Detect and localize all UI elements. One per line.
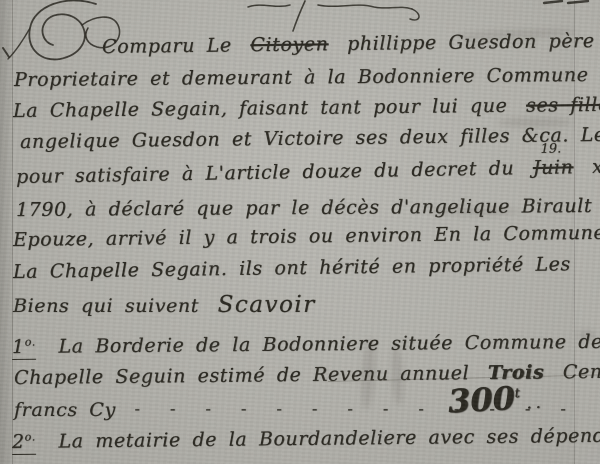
manuscript-line: Epouze, arrivé il y a trois ou environ E…	[13, 221, 600, 251]
amount-unit-mark: t	[514, 386, 520, 401]
item-ordinal-2: 2o.	[12, 431, 36, 455]
top-edge-ink-fragment	[318, 5, 412, 9]
line-text: Cent	[563, 361, 600, 384]
line-text: Comparu Le	[102, 34, 232, 58]
amount-label: francs Cy	[14, 399, 116, 421]
manuscript-line: La Chapelle Segain, faisant tant pour lu…	[13, 94, 600, 122]
top-edge-ink-fragment	[248, 5, 290, 7]
amount-value-300: 300t..	[447, 378, 545, 421]
item-ordinal-1: 1o.	[12, 336, 36, 360]
manuscript-page: Comparu Le Citoyen phillippe Guesdon pèr…	[0, 0, 600, 464]
opening-paraph-flourish	[29, 0, 96, 59]
line-text: La metairie de la Bourdandeliere avec se…	[58, 425, 600, 453]
line-text: Epouze, arrivé il y a trois ou environ E…	[13, 221, 600, 251]
ordinal-digit: 1	[12, 336, 25, 358]
struck-word-juin: Juin19.	[533, 156, 574, 179]
struck-word-citoyen: Citoyen	[250, 33, 328, 56]
line-text: phillippe Guesdon père propriétaire	[347, 28, 600, 55]
line-text: La Chapelle Segain. ils ont hérité en pr…	[13, 253, 571, 283]
amount-digits: 300	[447, 379, 516, 420]
manuscript-line-item-2: 2o. La metairie de la Bourdandeliere ave…	[12, 424, 600, 453]
manuscript-line: pour satisfaire à L'article douze du dec…	[16, 155, 600, 188]
ordinal-mark: o.	[25, 431, 36, 444]
amount-trailing-dots: ..	[526, 392, 545, 412]
line-text: 1790, à déclaré que par le décès d'angel…	[16, 195, 600, 221]
line-text-xbre: xbre	[592, 155, 600, 178]
manuscript-line: Proprietaire et demeurant à la Bodonnier…	[14, 63, 600, 91]
manuscript-line-comparution: Comparu Le Citoyen phillippe Guesdon pèr…	[102, 28, 600, 58]
line-text: Biens qui suivent	[13, 295, 199, 317]
scavoir-heading: Scavoir	[218, 292, 316, 318]
line-text: La Borderie de la Bodonniere située Comm…	[58, 331, 600, 358]
manuscript-line-item-1: 1o. La Borderie de la Bodonniere située …	[12, 331, 600, 359]
top-edge-ink-fragment	[293, 1, 305, 31]
struck-word-text: Juin	[533, 156, 574, 179]
ordinal-digit: 2	[12, 431, 25, 453]
manuscript-line: 1790, à déclaré que par le décès d'angel…	[16, 195, 600, 221]
line-text: La Chapelle Segain, faisant tant pour lu…	[13, 95, 508, 122]
line-text: angelique Guesdon et Victoire ses deux f…	[20, 123, 600, 153]
ordinal-mark: o.	[25, 336, 36, 349]
line-text: pour satisfaire à L'article douze du dec…	[16, 157, 515, 188]
line-text: Proprietaire et demeurant à la Bodonnier…	[14, 63, 600, 91]
manuscript-line: La Chapelle Segain. ils ont hérité en pr…	[13, 253, 571, 283]
manuscript-line-scavoir: Biens qui suivent Scavoir	[13, 292, 316, 318]
manuscript-line: angelique Guesdon et Victoire ses deux f…	[20, 123, 600, 153]
inserted-date-19: 19.	[540, 141, 561, 156]
top-edge-ink-fragment	[410, 9, 419, 20]
struck-words-ses-filles: ses filles	[526, 94, 600, 117]
